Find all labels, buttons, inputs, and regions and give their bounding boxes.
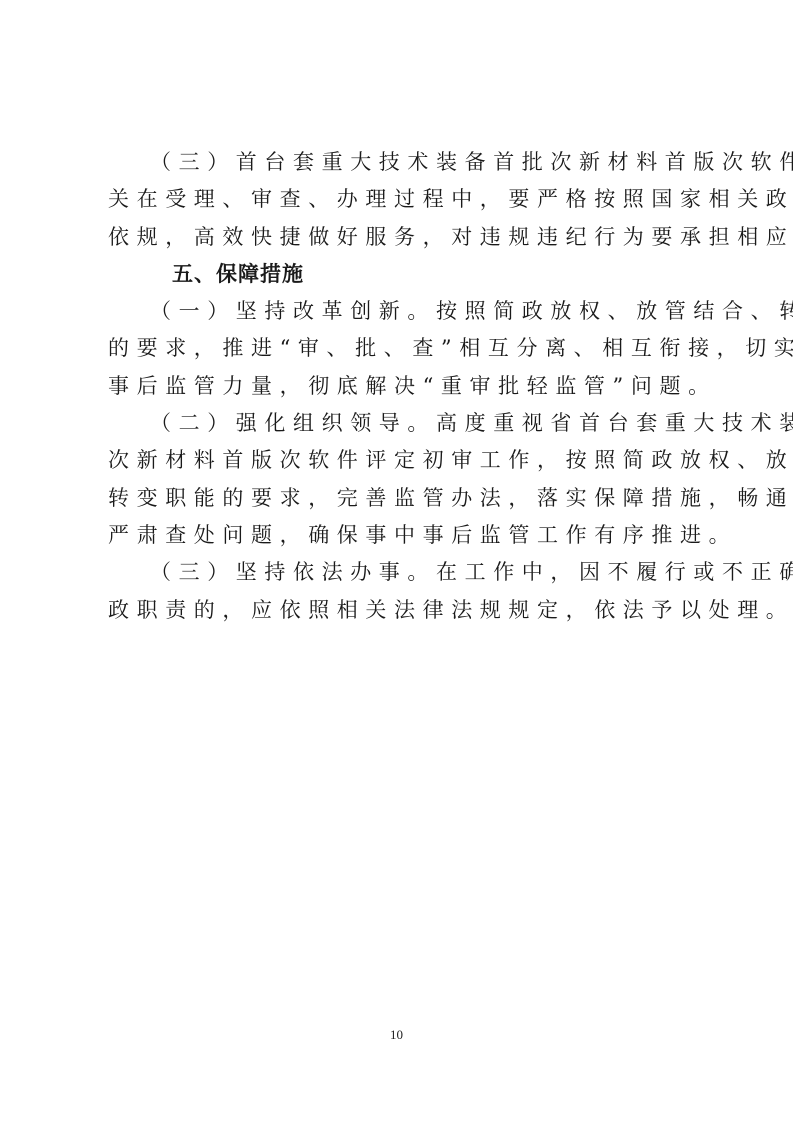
paragraph-line: 转变职能的要求，完善监管办法，落实保障措施，畅通举报渠道， [108, 480, 698, 517]
paragraph-line: 依规，高效快捷做好服务，对违规违纪行为要承担相应责任。 [108, 219, 698, 256]
paragraph-line: （二）强化组织领导。高度重视省首台套重大技术装备首批 [108, 405, 698, 442]
paragraph-organizational-leadership: （二）强化组织领导。高度重视省首台套重大技术装备首批 次新材料首版次软件评定初审… [108, 405, 698, 554]
paragraph-review-authority-duties: （三）首台套重大技术装备首批次新材料首版次软件评定机 关在受理、审查、办理过程中… [108, 144, 698, 256]
paragraph-line: 严肃查处问题，确保事中事后监管工作有序推进。 [108, 517, 698, 554]
section-heading: 五、保障措施 [108, 256, 698, 293]
paragraph-line: （三）坚持依法办事。在工作中，因不履行或不正确履行行 [108, 554, 698, 591]
paragraph-line: （一）坚持改革创新。按照简政放权、放管结合、转变职能 [108, 293, 698, 330]
paragraph-line: 的要求，推进“审、批、查”相互分离、相互衔接，切实加强事中 [108, 330, 698, 367]
paragraph-line: （三）首台套重大技术装备首批次新材料首版次软件评定机 [108, 144, 698, 181]
paragraph-line: 关在受理、审查、办理过程中，要严格按照国家相关政策，依法 [108, 181, 698, 218]
paragraph-reform-innovation: （一）坚持改革创新。按照简政放权、放管结合、转变职能 的要求，推进“审、批、查”… [108, 293, 698, 405]
paragraph-line: 事后监管力量，彻底解决“重审批轻监管”问题。 [108, 368, 698, 405]
document-body: （三）首台套重大技术装备首批次新材料首版次软件评定机 关在受理、审查、办理过程中… [108, 144, 698, 629]
page-number: 10 [0, 1027, 793, 1043]
document-page: （三）首台套重大技术装备首批次新材料首版次软件评定机 关在受理、审查、办理过程中… [0, 0, 793, 1122]
paragraph-lawful-conduct: （三）坚持依法办事。在工作中，因不履行或不正确履行行 政职责的，应依照相关法律法… [108, 554, 698, 629]
paragraph-line: 次新材料首版次软件评定初审工作，按照简政放权、放管结合、 [108, 442, 698, 479]
paragraph-line: 政职责的，应依照相关法律法规规定，依法予以处理。 [108, 592, 698, 629]
